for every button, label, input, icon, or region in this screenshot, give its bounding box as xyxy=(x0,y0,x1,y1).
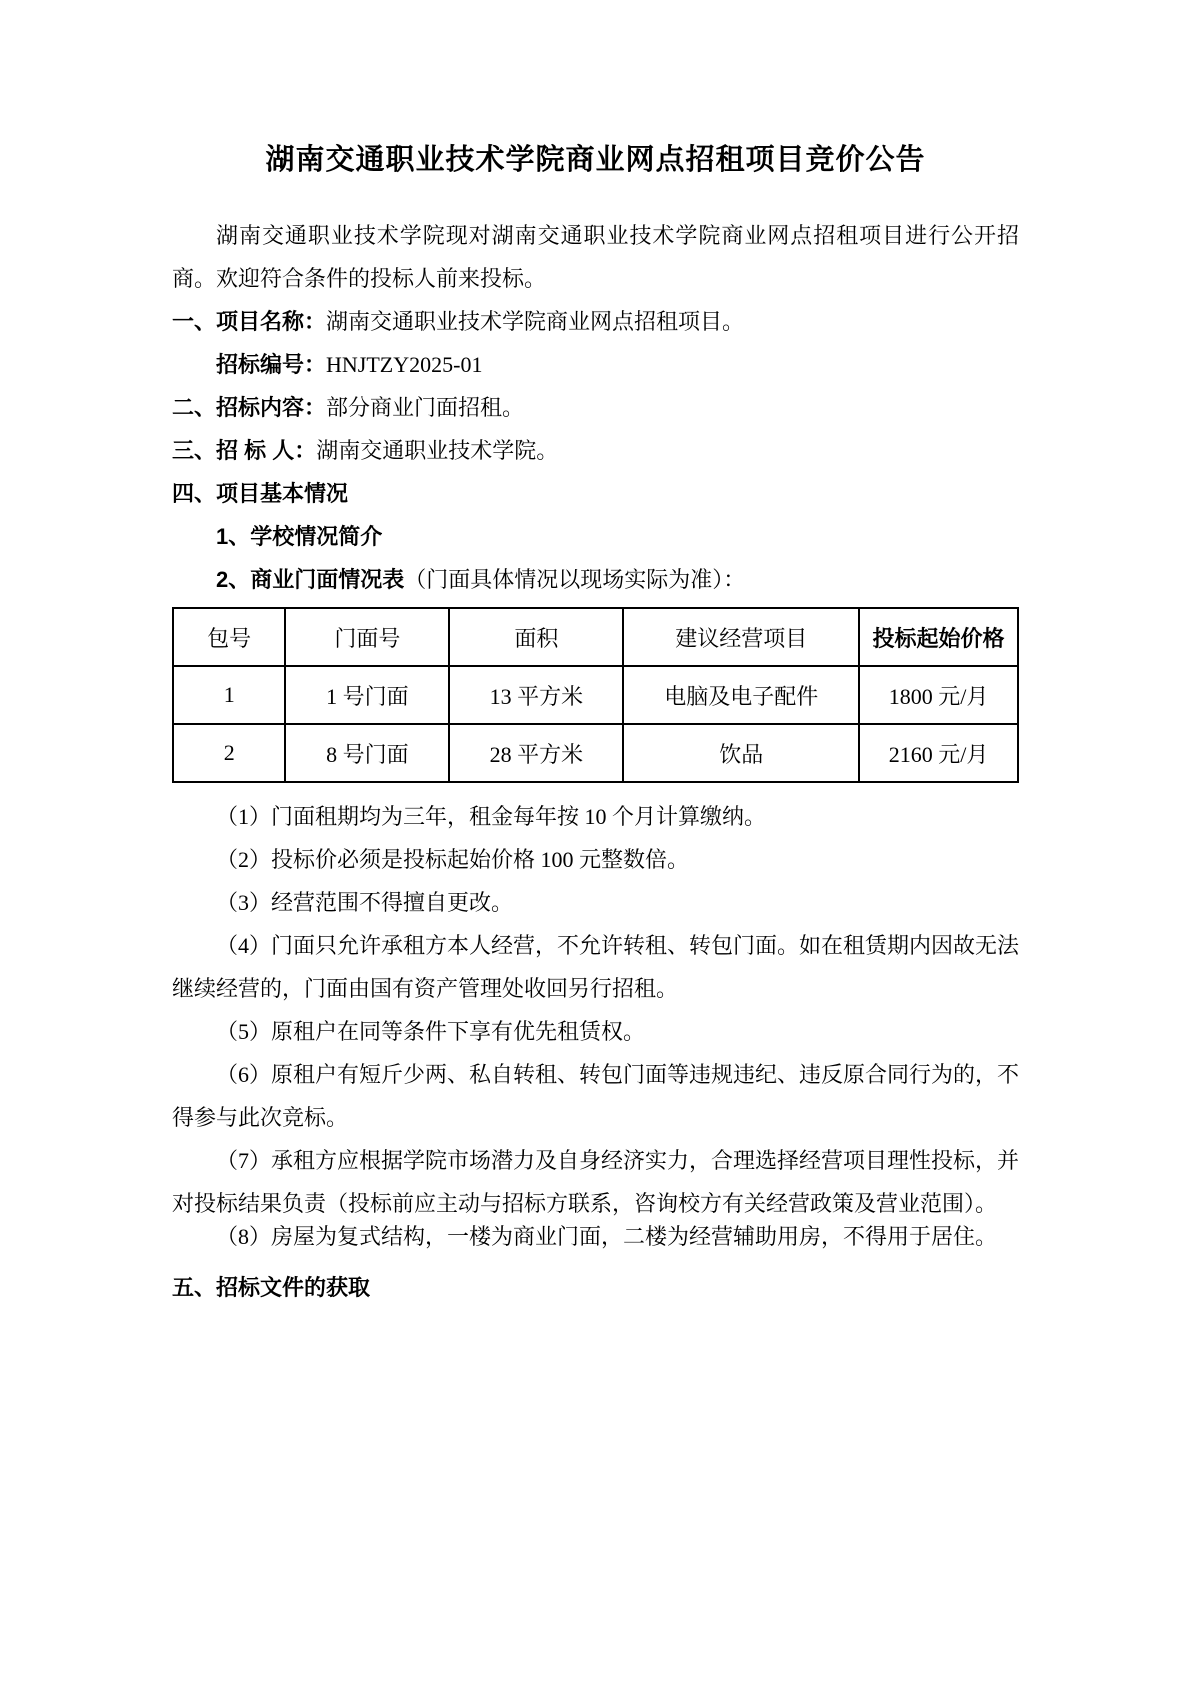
table-row: 1 1 号门面 13 平方米 电脑及电子配件 1800 元/月 xyxy=(173,666,1018,724)
header-starting-price: 投标起始价格 xyxy=(859,608,1018,666)
cell-area: 13 平方米 xyxy=(449,666,623,724)
subsection-4-1-heading: 1、学校情况简介 xyxy=(172,515,1019,558)
note-1-lease-term: （1）门面租期均为三年，租金每年按 10 个月计算缴纳。 xyxy=(172,795,1019,838)
section-1-label: 一、项目名称： xyxy=(172,309,326,334)
cell-suggested-business: 电脑及电子配件 xyxy=(623,666,859,724)
subsection-4-2-suffix: （门面具体情况以现场实际为准）： xyxy=(404,567,745,592)
section-4-heading: 四、项目基本情况 xyxy=(172,472,1019,515)
header-shop-no: 门面号 xyxy=(285,608,449,666)
section-2-label: 二、招标内容： xyxy=(172,395,326,420)
note-6-violation-exclusion: （6）原租户有短斤少两、私自转租、转包门面等违规违纪、违反原合同行为的，不得参与… xyxy=(172,1053,1019,1139)
header-package-no: 包号 xyxy=(173,608,285,666)
note-8-duplex-structure: （8）房屋为复式结构，一楼为商业门面，二楼为经营辅助用房，不得用于居住。 xyxy=(172,1215,1019,1258)
cell-shop-no: 8 号门面 xyxy=(285,724,449,782)
cell-package-no: 2 xyxy=(173,724,285,782)
cell-area: 28 平方米 xyxy=(449,724,623,782)
subsection-4-2-heading: 2、商业门面情况表（门面具体情况以现场实际为准）： xyxy=(172,558,1019,601)
header-area: 面积 xyxy=(449,608,623,666)
section-3-text: 湖南交通职业技术学院。 xyxy=(316,438,558,463)
cell-package-no: 1 xyxy=(173,666,285,724)
section-2-bid-content: 二、招标内容：部分商业门面招租。 xyxy=(172,386,1019,429)
cell-starting-price: 2160 元/月 xyxy=(859,724,1018,782)
section-1-text: 湖南交通职业技术学院商业网点招租项目。 xyxy=(326,309,744,334)
table-row: 2 8 号门面 28 平方米 饮品 2160 元/月 xyxy=(173,724,1018,782)
cell-starting-price: 1800 元/月 xyxy=(859,666,1018,724)
section-3-tenderer: 三、招 标 人：湖南交通职业技术学院。 xyxy=(172,429,1019,472)
cell-shop-no: 1 号门面 xyxy=(285,666,449,724)
cell-suggested-business: 饮品 xyxy=(623,724,859,782)
table-header-row: 包号 门面号 面积 建议经营项目 投标起始价格 xyxy=(173,608,1018,666)
subsection-4-2-label: 2、商业门面情况表 xyxy=(216,567,404,592)
document-title: 湖南交通职业技术学院商业网点招租项目竞价公告 xyxy=(172,138,1019,182)
section-5-heading: 五、招标文件的获取 xyxy=(172,1266,1019,1309)
bid-number-line: 招标编号：HNJTZY2025-01 xyxy=(172,343,1019,386)
intro-paragraph: 湖南交通职业技术学院现对湖南交通职业技术学院商业网点招租项目进行公开招商。欢迎符… xyxy=(172,214,1019,300)
note-5-priority-right: （5）原租户在同等条件下享有优先租赁权。 xyxy=(172,1010,1019,1053)
bid-number-value: HNJTZY2025-01 xyxy=(326,352,482,377)
note-7-rational-bidding: （7）承租方应根据学院市场潜力及自身经济实力，合理选择经营项目理性投标，并对投标… xyxy=(172,1139,1019,1225)
section-3-label: 三、招 标 人： xyxy=(172,438,316,463)
section-2-text: 部分商业门面招租。 xyxy=(326,395,524,420)
note-3-business-scope: （3）经营范围不得擅自更改。 xyxy=(172,881,1019,924)
section-1-project-name: 一、项目名称：湖南交通职业技术学院商业网点招租项目。 xyxy=(172,300,1019,343)
document-page: 湖南交通职业技术学院商业网点招租项目竞价公告 湖南交通职业技术学院现对湖南交通职… xyxy=(0,0,1191,1684)
shop-info-table: 包号 门面号 面积 建议经营项目 投标起始价格 1 1 号门面 13 平方米 电… xyxy=(172,607,1019,783)
note-4-no-sublease: （4）门面只允许承租方本人经营，不允许转租、转包门面。如在租赁期内因故无法继续经… xyxy=(172,924,1019,1010)
note-2-price-multiple: （2）投标价必须是投标起始价格 100 元整数倍。 xyxy=(172,838,1019,881)
header-suggested-business: 建议经营项目 xyxy=(623,608,859,666)
bid-number-label: 招标编号： xyxy=(216,352,326,377)
